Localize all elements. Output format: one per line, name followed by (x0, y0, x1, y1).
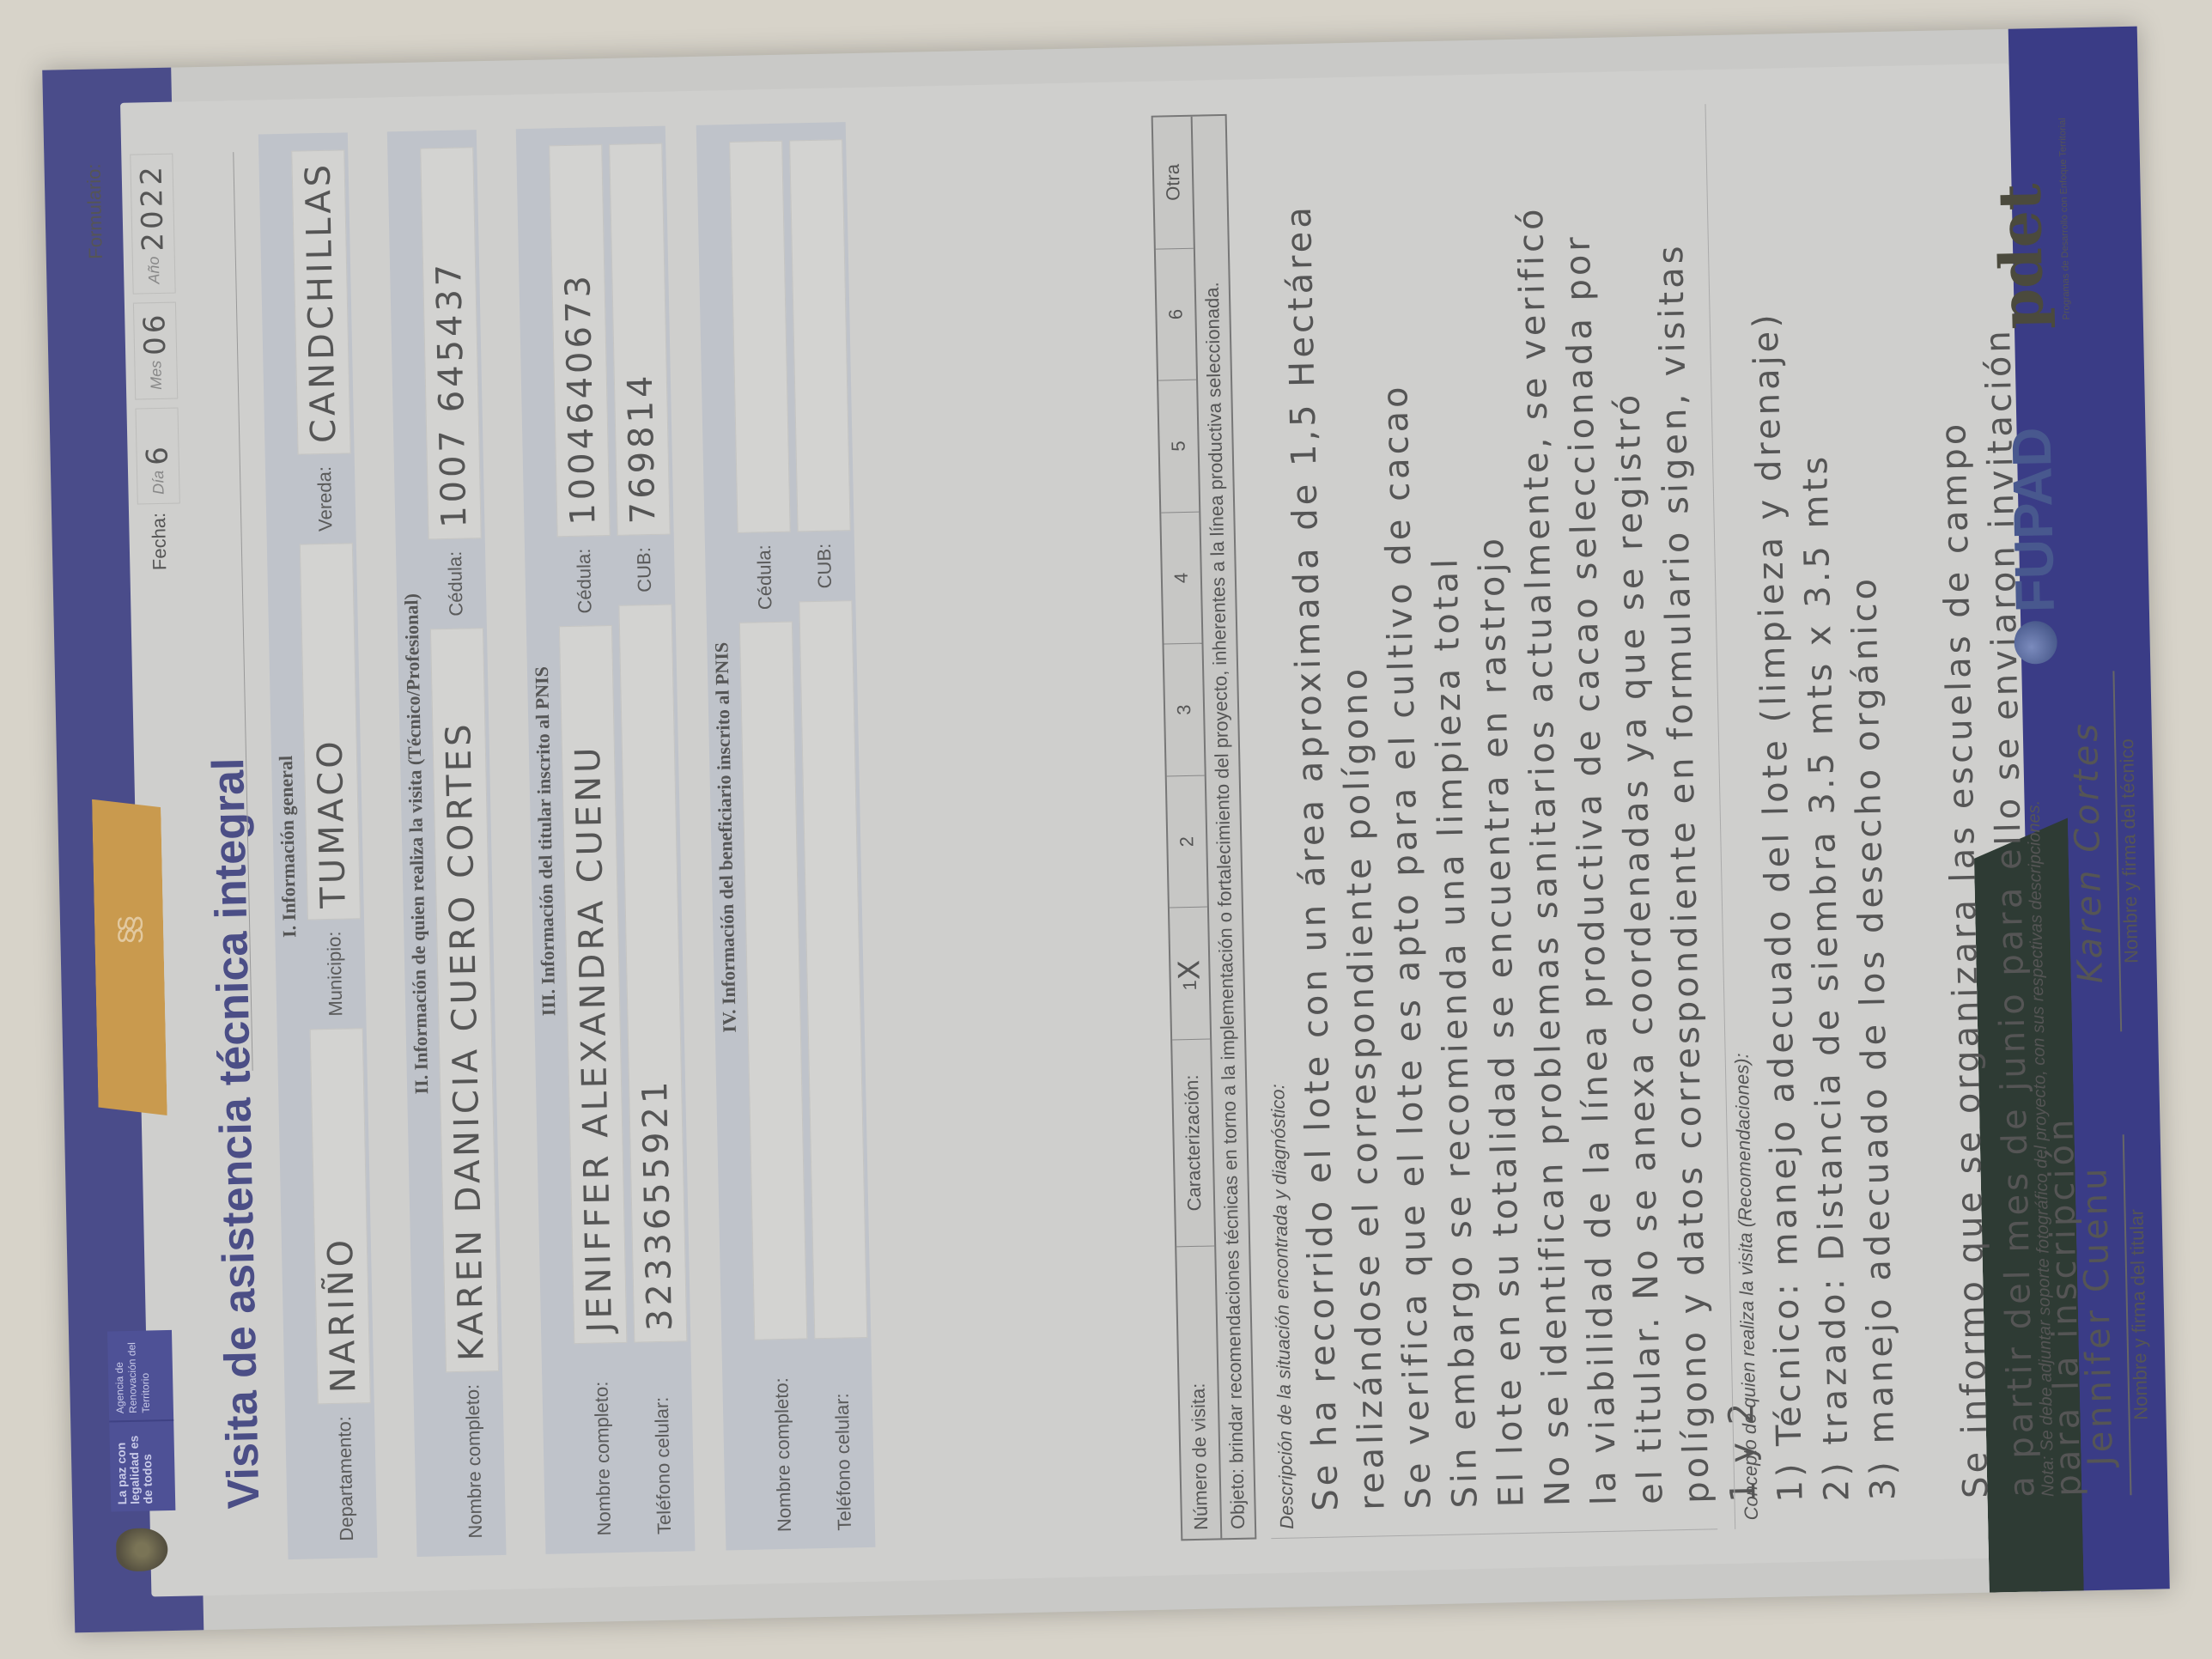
coat-of-arms-icon (116, 1528, 168, 1571)
mes-field[interactable]: Mes 06 (133, 301, 178, 399)
tecnico-nombre-field[interactable]: KAREN DANICIA CUERO CORTES (430, 628, 499, 1373)
visit-option-5[interactable]: 5 (1158, 380, 1199, 512)
section-beneficiary-info: IV. Información del beneficiario inscrit… (696, 122, 876, 1550)
departamento-field[interactable]: NARIÑO (310, 1028, 371, 1405)
visit-option-4[interactable]: 4 (1161, 511, 1201, 643)
beneficiario-cedula-label: Cédula: (753, 544, 777, 610)
globe-icon (2014, 621, 2057, 665)
form-page: La paz con legalidad es de todos Agencia… (42, 27, 2170, 1633)
titular-signature-block: Jennifer Cuenu Nombre y firma del titula… (2075, 1134, 2154, 1497)
description-text[interactable]: Se ha recorrido el lote con un área apro… (1274, 103, 1768, 1537)
vereda-label: Vereda: (313, 466, 337, 532)
beneficiario-telefono-field[interactable] (799, 600, 867, 1340)
tecnico-cedula-field[interactable]: 1007 645437 (420, 147, 482, 539)
mes-value: 06 (137, 311, 173, 355)
anio-value: 2022 (135, 163, 171, 252)
fupad-logo: FUPAD (1999, 427, 2068, 665)
description-section: Descripción de la situación encontrada y… (1242, 105, 1718, 1540)
tecnico-signature-block: Karen Cortes Nombre y firma del técnico (2064, 671, 2144, 1033)
fupad-logo-text: FUPAD (1999, 427, 2067, 613)
departamento-label: Departamento: (333, 1416, 358, 1541)
vereda-field[interactable]: CANDCHILLAS (291, 149, 350, 454)
visit-number-label: Número de visita: (1176, 1245, 1220, 1539)
spiral-icon: §§ (112, 920, 149, 945)
agency-name: Agencia de Renovación del Territorio (107, 1330, 173, 1423)
visit-option-otra[interactable]: Otra (1153, 117, 1194, 248)
anio-label: Año (144, 256, 163, 283)
beneficiario-cub-label: CUB: (813, 544, 836, 589)
beneficiario-cub-field[interactable] (789, 139, 851, 532)
titular-cedula-field[interactable]: 1004640673 (549, 144, 611, 537)
government-logo: La paz con legalidad es de todos Agencia… (107, 1330, 175, 1512)
dia-field[interactable]: Día 6 (135, 407, 179, 504)
titular-cub-value: 769814 (621, 372, 664, 525)
municipio-label: Municipio: (323, 931, 347, 1017)
beneficiario-cedula-field[interactable] (729, 141, 791, 533)
titular-cedula-value: 1004640673 (558, 272, 603, 526)
titular-telefono-label: Teléfono celular: (650, 1354, 676, 1534)
vereda-value: CANDCHILLAS (299, 161, 344, 444)
departamento-value: NARIÑO (321, 1236, 364, 1393)
dia-label: Día (149, 471, 168, 495)
titular-nombre-field[interactable]: JENIFFER ALEXANDRA CUENU (559, 625, 627, 1344)
fecha-label: Fecha: (148, 513, 171, 571)
titular-signature[interactable]: Jennifer Cuenu (2075, 1134, 2132, 1496)
beneficiario-nombre-field[interactable] (739, 621, 807, 1340)
beneficiario-nombre-label: Nombre completo: (770, 1352, 796, 1532)
titular-cub-label: CUB: (633, 547, 656, 592)
beneficiario-telefono-label: Teléfono celular: (830, 1350, 856, 1530)
titular-telefono-value: 3233655921 (635, 1078, 680, 1331)
caracterizacion-option[interactable]: Caracterización: (1172, 1039, 1214, 1247)
titular-nombre-value: JENIFFER ALEXANDRA CUENU (568, 744, 620, 1333)
visit-option-6[interactable]: 6 (1156, 247, 1196, 380)
dia-value: 6 (140, 443, 175, 465)
visit-option-3[interactable]: 3 (1164, 643, 1204, 775)
pdet-logo: pdet (1985, 183, 2057, 330)
tecnico-cedula-label: Cédula: (444, 551, 468, 617)
formulario-label: Formulario: (83, 163, 107, 259)
mes-label: Mes (147, 361, 166, 390)
titular-cedula-label: Cédula: (573, 548, 597, 613)
fecha-row: Fecha: Día 6 Mes 06 Año 2022 (130, 154, 181, 571)
municipio-field[interactable]: TUMACO (300, 543, 361, 920)
anio-field[interactable]: Año 2022 (130, 154, 175, 295)
tecnico-signature[interactable]: Karen Cortes (2064, 671, 2122, 1032)
section-titular-info: III. Información del titular inscrito al… (516, 126, 696, 1554)
titular-telefono-field[interactable]: 3233655921 (618, 604, 687, 1343)
recommendations-section: Concepto de quien realiza la visita (Rec… (1705, 98, 2027, 1529)
visit-option-1[interactable]: 1 X (1170, 907, 1210, 1039)
titular-cub-field[interactable]: 769814 (609, 143, 671, 536)
gov-tagline: La paz con legalidad es de todos (109, 1421, 175, 1512)
tecnico-cedula-value: 1007 645437 (429, 260, 475, 528)
visit-option-2[interactable]: 2 (1167, 775, 1207, 907)
tecnico-nombre-label: Nombre completo: (461, 1384, 487, 1539)
tecnico-nombre-value: KAREN DANICIA CUERO CORTES (439, 720, 492, 1361)
selected-mark: X (1172, 957, 1207, 981)
titular-nombre-label: Nombre completo: (590, 1355, 616, 1535)
art-logo: §§ (92, 798, 167, 1117)
municipio-value: TUMACO (311, 738, 354, 908)
